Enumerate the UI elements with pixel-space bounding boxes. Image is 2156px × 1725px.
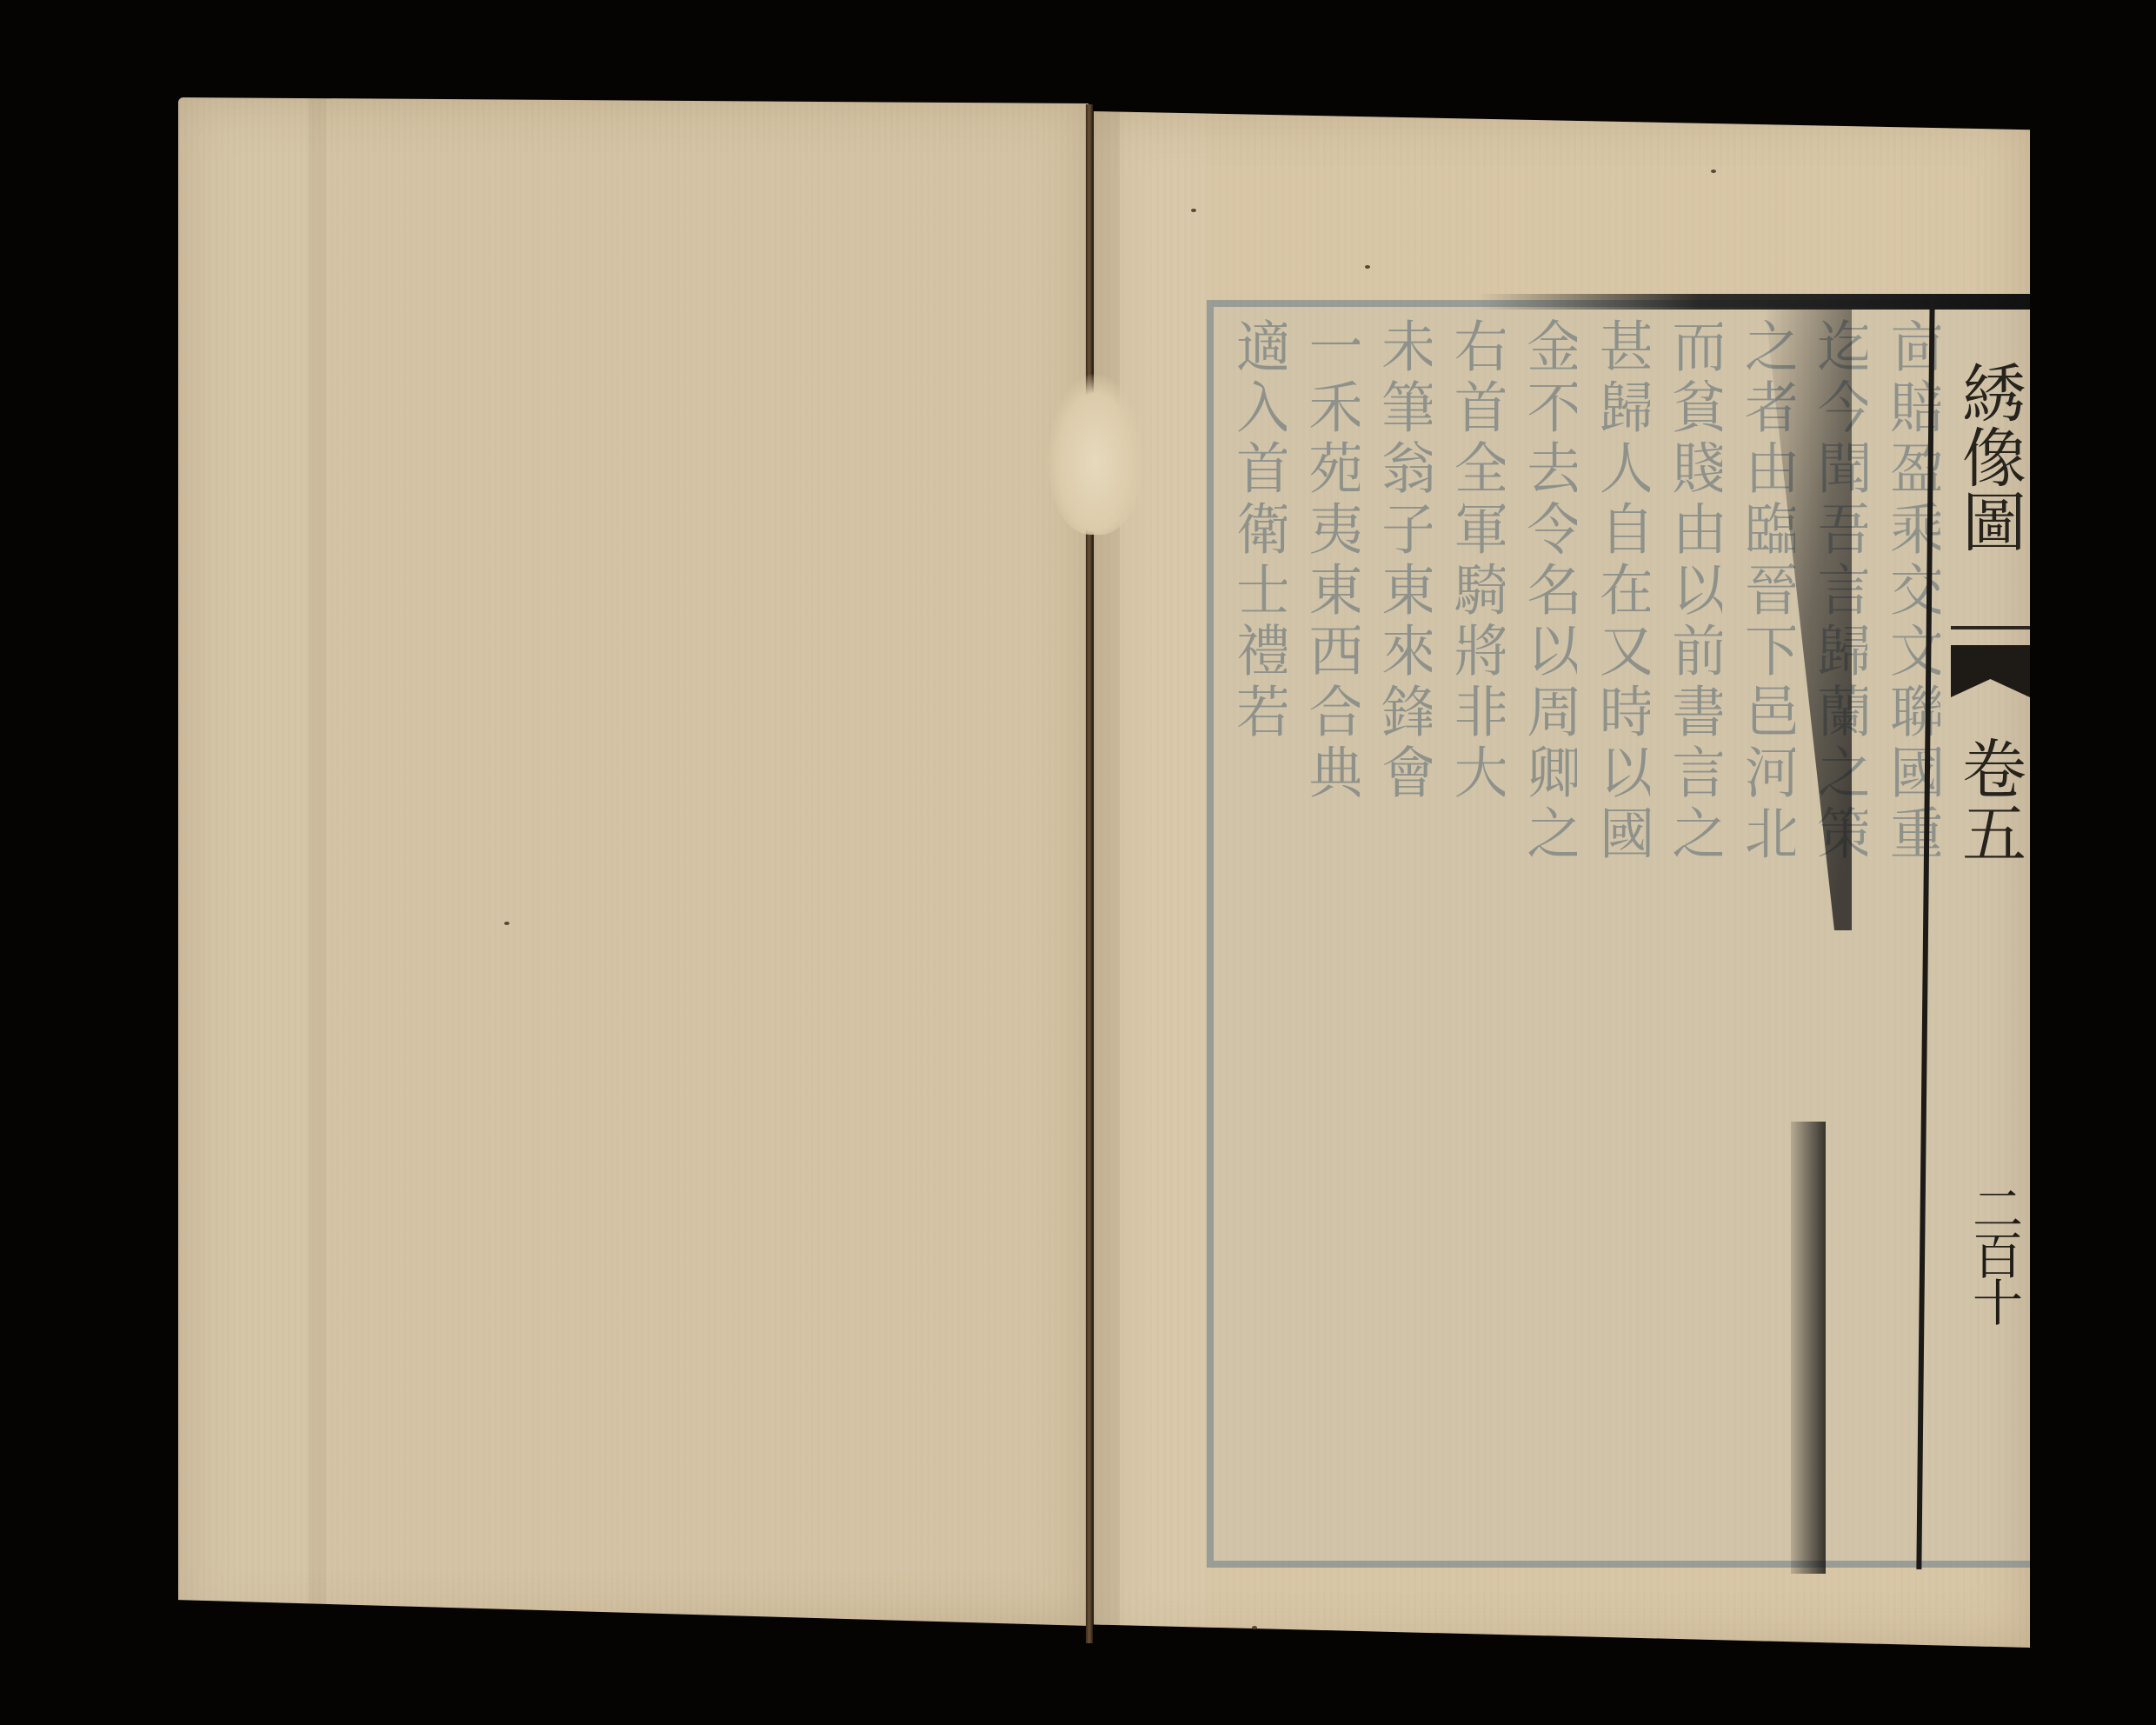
text-column: 適入首衛士禮若: [1219, 317, 1287, 1552]
paper-speck: [1191, 209, 1196, 212]
text-column: 甚歸人自在又時以國: [1582, 317, 1650, 1552]
banxin-title: 綉像圖: [1954, 313, 2024, 600]
banxin-divider: [1951, 626, 2030, 629]
paper-speck: [1711, 170, 1716, 173]
left-page-blank: [178, 97, 1088, 1626]
text-column: 金不去令名以周卿之: [1509, 317, 1577, 1552]
text-column: 之者由臨晉下邑河北: [1727, 317, 1795, 1552]
book-spine: [1086, 104, 1093, 1643]
paper-speck: [1365, 265, 1370, 269]
text-column: 右首全軍騎將非大: [1437, 317, 1505, 1552]
page-number: 二百十: [1963, 1182, 2024, 1323]
banxin-centre-column: 綉像圖 卷五: [1947, 304, 2030, 1565]
paper-speck: [504, 922, 509, 925]
ink-smudge-lower: [1791, 1122, 1826, 1574]
paper-speck: [1252, 1626, 1257, 1629]
text-column: 而貧賤由以前書言之: [1654, 317, 1722, 1552]
text-column: 未筆翁子東來鋒會: [1364, 317, 1432, 1552]
torn-paper-patch: [1048, 374, 1143, 535]
text-column: 一禾苑夷東西合典: [1292, 317, 1360, 1552]
banxin-juan: 卷五: [1954, 713, 2024, 887]
